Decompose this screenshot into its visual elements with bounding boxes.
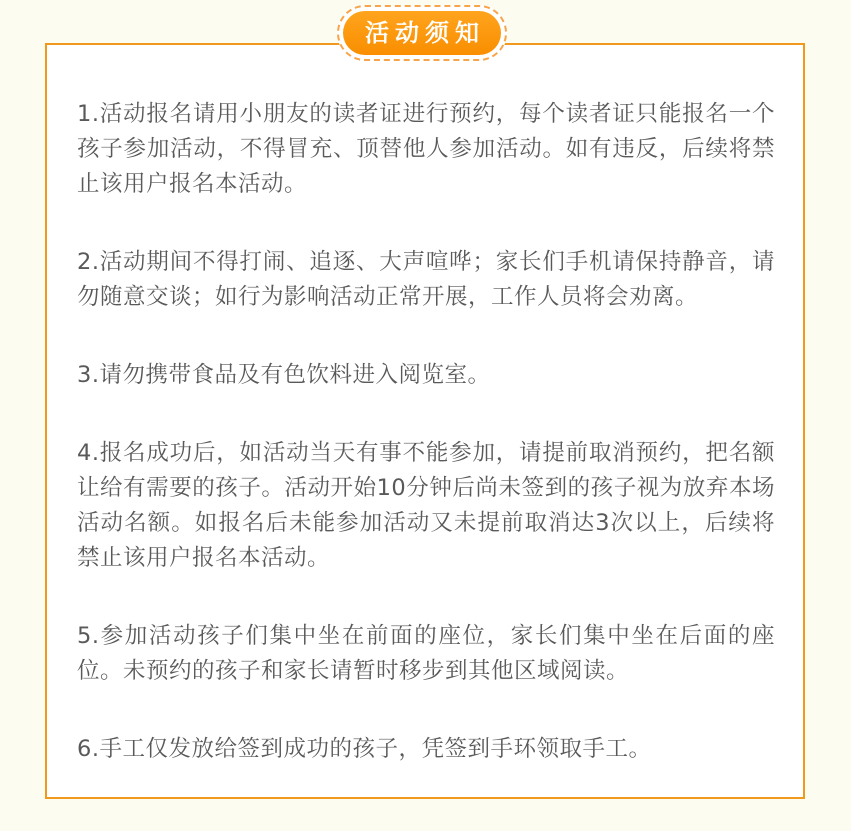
notice-badge-pill: 活动须知 <box>343 11 501 55</box>
notice-panel: 1.活动报名请用小朋友的读者证进行预约，每个读者证只能报名一个孩子参加活动，不得… <box>45 43 805 799</box>
notice-item-3: 3.请勿携带食品及有色饮料进入阅览室。 <box>77 358 775 393</box>
activity-notice-page: { "page": { "background_color": "#FDFCF1… <box>0 0 851 831</box>
notice-item-2: 2.活动期间不得打闹、追逐、大声喧哗；家长们手机请保持静音，请勿随意交谈；如行为… <box>77 245 775 315</box>
notice-badge: 活动须知 <box>337 5 507 61</box>
notice-badge-label: 活动须知 <box>365 21 485 45</box>
notice-item-1: 1.活动报名请用小朋友的读者证进行预约，每个读者证只能报名一个孩子参加活动，不得… <box>77 97 775 202</box>
notice-item-5: 5.参加活动孩子们集中坐在前面的座位，家长们集中坐在后面的座位。未预约的孩子和家… <box>77 619 775 689</box>
notice-item-4: 4.报名成功后，如活动当天有事不能参加，请提前取消预约，把名额让给有需要的孩子。… <box>77 436 775 576</box>
notice-item-6: 6.手工仅发放给签到成功的孩子，凭签到手环领取手工。 <box>77 732 775 767</box>
